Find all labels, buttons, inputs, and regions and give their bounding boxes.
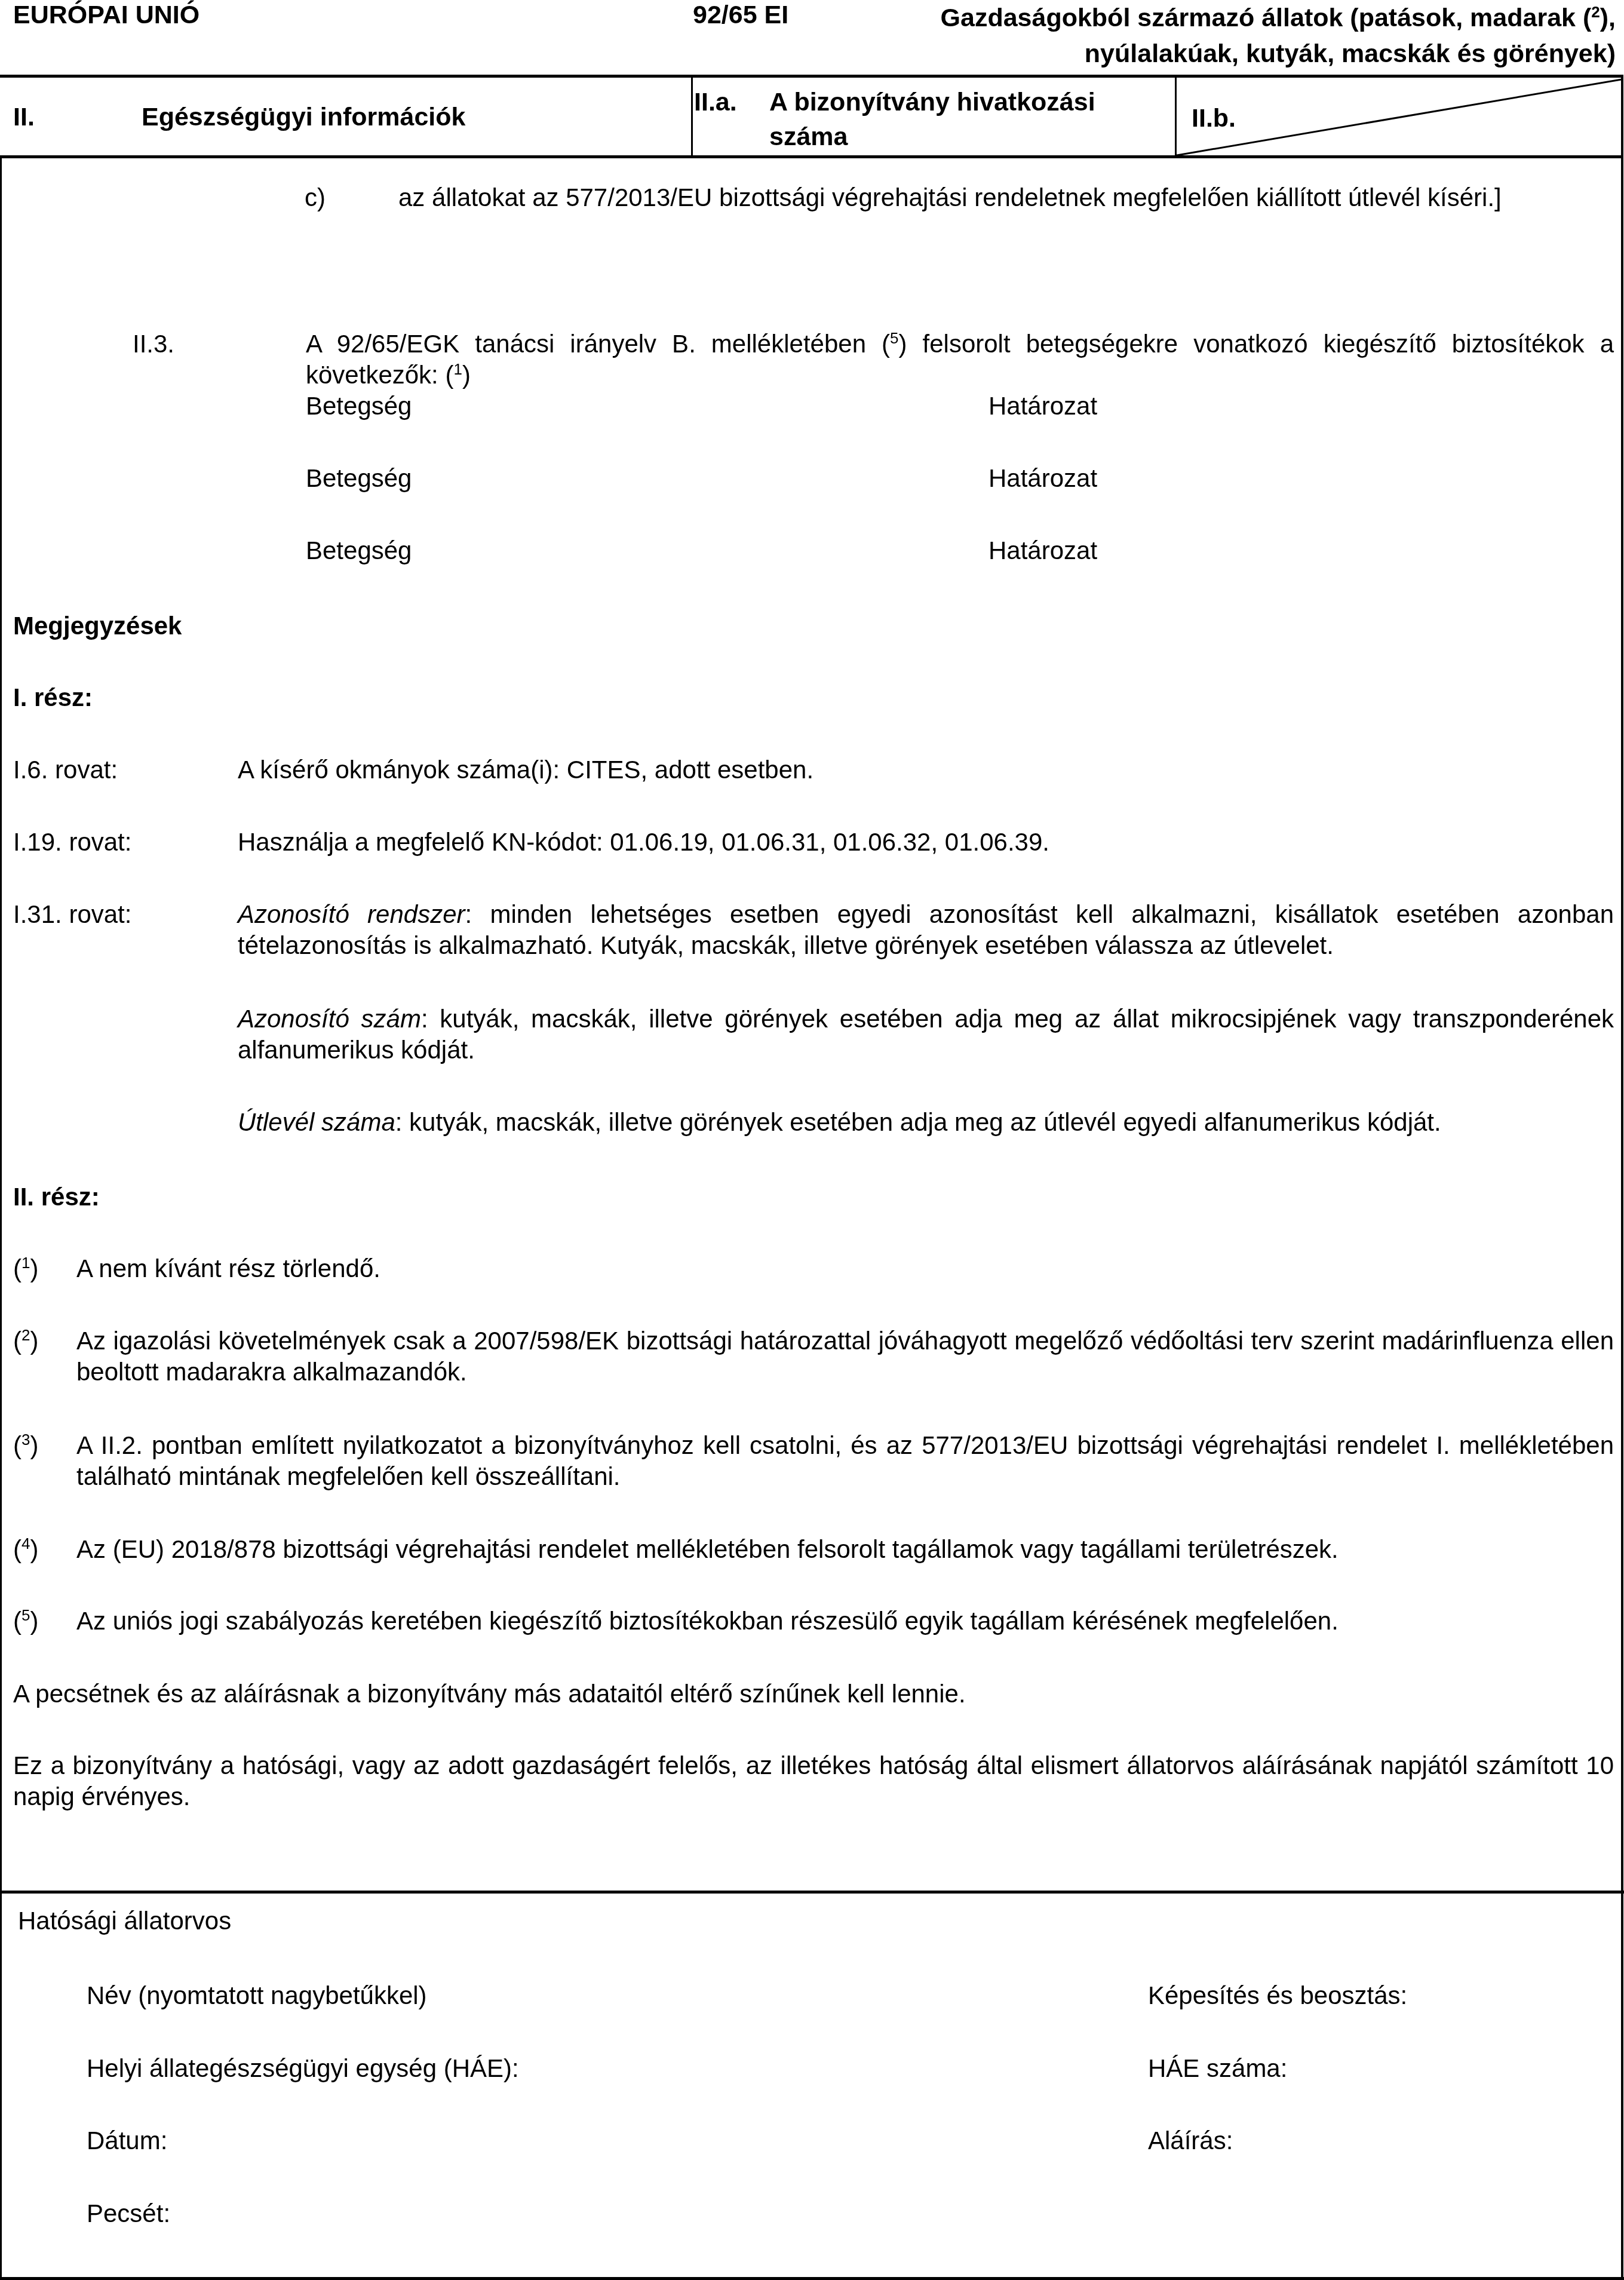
stamp-field-label: Pecsét: bbox=[87, 2198, 170, 2229]
footnote-ref: 1 bbox=[453, 360, 462, 378]
footnote-sup: 4 bbox=[22, 1535, 30, 1552]
strikethrough-diagonal bbox=[1177, 78, 1622, 155]
clause-text-part: ) bbox=[462, 361, 471, 389]
section-number: II. bbox=[13, 102, 35, 133]
decision-label: Határozat bbox=[988, 391, 1097, 422]
field-label: I.31. rovat: bbox=[13, 899, 131, 930]
decision-label: Határozat bbox=[988, 463, 1097, 494]
disease-label: Betegség bbox=[306, 463, 412, 494]
field-label: I.19. rovat: bbox=[13, 827, 131, 858]
section-divider bbox=[0, 1891, 1624, 1894]
document-code: 92/65 EI bbox=[693, 0, 788, 30]
footnote-sup: 3 bbox=[22, 1431, 30, 1449]
official-vet-heading: Hatósági állatorvos bbox=[18, 1905, 231, 1937]
footnote-ref: 5 bbox=[890, 329, 898, 347]
clause-text: az állatokat az 577/2013/EU bizottsági v… bbox=[398, 182, 1614, 213]
footnote-text: Az (EU) 2018/878 bizottsági végrehajtási… bbox=[76, 1534, 1614, 1565]
name-field-label: Név (nyomtatott nagybetűkkel) bbox=[87, 1980, 427, 2011]
qualification-field-label: Képesítés és beosztás: bbox=[1148, 1980, 1407, 2011]
footnote-text: Az uniós jogi szabályozás keretében kieg… bbox=[76, 1606, 1614, 1637]
frame-border bbox=[0, 2277, 1624, 2280]
footnote-sup: 5 bbox=[22, 1606, 30, 1624]
local-unit-field-label: Helyi állategészségügyi egység (HÁE): bbox=[87, 2053, 519, 2084]
clause-text-part: A 92/65/EGK tanácsi irányelv B. mellékle… bbox=[306, 330, 890, 358]
frame-border bbox=[0, 158, 2, 2279]
footnote-sup: 1 bbox=[22, 1254, 30, 1272]
certificate-reference-label: II.a. bbox=[694, 85, 737, 119]
footnote-number: (1) bbox=[13, 1253, 38, 1284]
footnote-number: (5) bbox=[13, 1606, 38, 1637]
eu-label: EURÓPAI UNIÓ bbox=[13, 0, 199, 30]
footnote-text: A II.2. pontban említett nyilatkozatot a… bbox=[76, 1430, 1614, 1492]
clause-number: II.3. bbox=[133, 329, 174, 360]
document-title-line1: Gazdaságokból származó állatok (patások,… bbox=[941, 4, 1592, 32]
date-field-label: Dátum: bbox=[87, 2125, 167, 2156]
field-label: I.6. rovat: bbox=[13, 754, 118, 785]
stamp-color-note: A pecsétnek és az aláírásnak a bizonyítv… bbox=[13, 1678, 1614, 1710]
footnote-number: (2) bbox=[13, 1325, 38, 1357]
certificate-reference-title: A bizonyítvány hivatkozási száma bbox=[769, 85, 1152, 154]
disease-label: Betegség bbox=[306, 535, 412, 566]
term-italic: Útlevél száma bbox=[238, 1108, 395, 1136]
signature-field-label: Aláírás: bbox=[1148, 2125, 1233, 2156]
notes-heading: Megjegyzések bbox=[13, 610, 182, 642]
document-title: Gazdaságokból származó állatok (patások,… bbox=[866, 0, 1616, 72]
clause-letter: c) bbox=[305, 182, 326, 213]
footnote-number: (3) bbox=[13, 1430, 38, 1461]
term-italic: Azonosító szám bbox=[238, 1005, 421, 1033]
field-note: Használja a megfelelő KN-kódot: 01.06.19… bbox=[238, 827, 1614, 858]
footnote-ref: 2 bbox=[1591, 3, 1600, 21]
footnote-text: A nem kívánt rész törlendő. bbox=[76, 1253, 1614, 1284]
term-italic: Azonosító rendszer bbox=[238, 900, 465, 928]
decision-label: Határozat bbox=[988, 535, 1097, 566]
frame-border bbox=[1621, 75, 1623, 2279]
field-note: Azonosító rendszer: minden lehetséges es… bbox=[238, 899, 1614, 961]
section-header-table: II. Egészségügyi információk II.a. A biz… bbox=[0, 75, 1623, 158]
footnote-number: (4) bbox=[13, 1534, 38, 1565]
footnote-text: Az igazolási követelmények csak a 2007/5… bbox=[76, 1325, 1614, 1388]
footnote-sup: 2 bbox=[22, 1326, 30, 1344]
validity-note: Ez a bizonyítvány a hatósági, vagy az ad… bbox=[13, 1750, 1614, 1812]
disease-label: Betegség bbox=[306, 391, 412, 422]
part2-heading: II. rész: bbox=[13, 1182, 100, 1213]
field-note-text: : kutyák, macskák, illetve görények eset… bbox=[395, 1108, 1441, 1136]
part1-heading: I. rész: bbox=[13, 682, 93, 713]
document-title-line1-end: ), bbox=[1600, 4, 1616, 32]
unit-number-field-label: HÁE száma: bbox=[1148, 2053, 1287, 2084]
field-note: Útlevél száma: kutyák, macskák, illetve … bbox=[238, 1107, 1614, 1138]
section-title: Egészségügyi információk bbox=[142, 102, 465, 133]
column-divider bbox=[691, 78, 693, 155]
field-note: Azonosító szám: kutyák, macskák, illetve… bbox=[238, 1004, 1614, 1066]
field-note: A kísérő okmányok száma(i): CITES, adott… bbox=[238, 754, 1614, 785]
document-title-line2: nyúlalakúak, kutyák, macskák és görények… bbox=[1085, 39, 1616, 68]
clause-text: A 92/65/EGK tanácsi irányelv B. mellékle… bbox=[306, 329, 1614, 391]
field-note-text: : kutyák, macskák, illetve görények eset… bbox=[238, 1005, 1614, 1064]
